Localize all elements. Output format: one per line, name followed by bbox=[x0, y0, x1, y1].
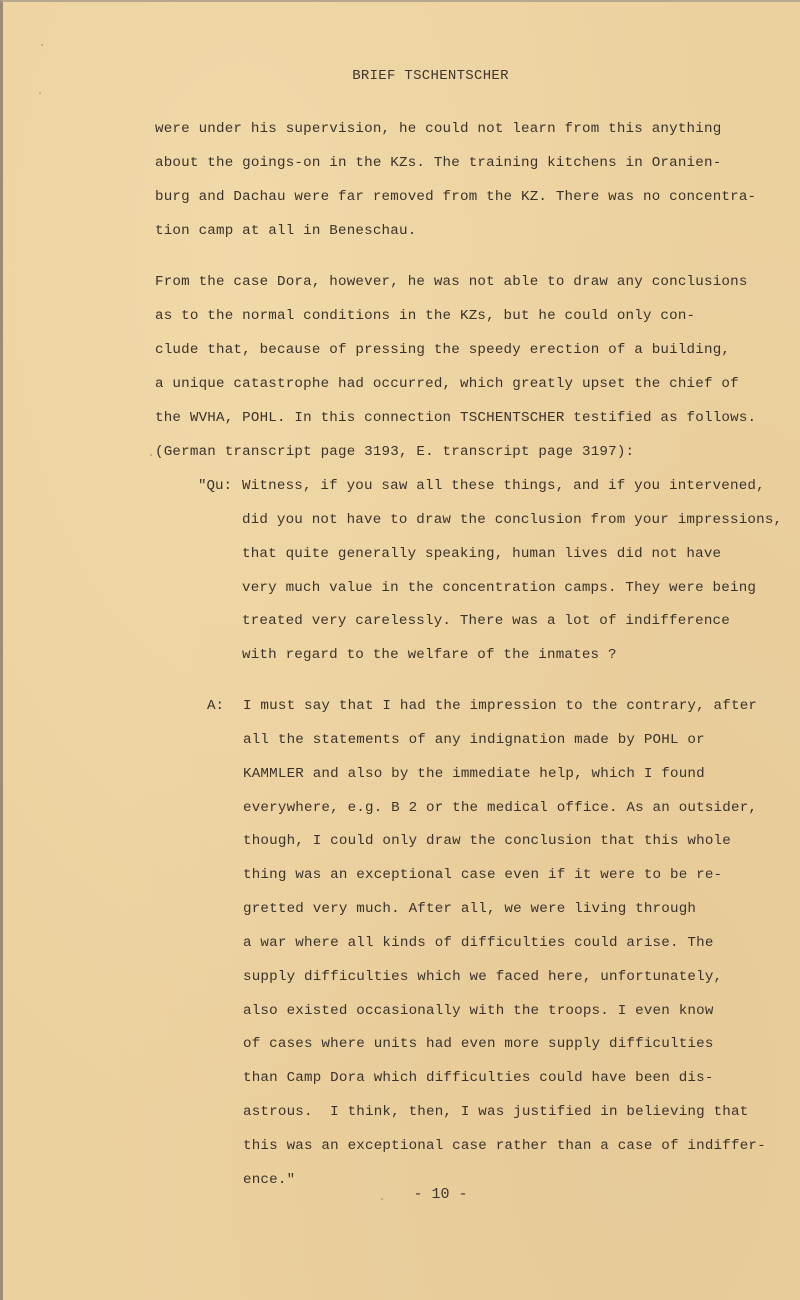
text-line: were under his supervision, he could not… bbox=[155, 120, 721, 138]
text-line: clude that, because of pressing the spee… bbox=[155, 341, 730, 359]
text-line: burg and Dachau were far removed from th… bbox=[155, 188, 756, 206]
text-line: also existed occasionally with the troop… bbox=[243, 1002, 714, 1020]
text-line: KAMMLER and also by the immediate help, … bbox=[243, 765, 705, 783]
text-line: though, I could only draw the conclusion… bbox=[243, 832, 731, 850]
text-line: tion camp at all in Beneschau. bbox=[155, 222, 416, 240]
document-header: BRIEF TSCHENTSCHER bbox=[3, 68, 800, 84]
text-line: as to the normal conditions in the KZs, … bbox=[155, 307, 695, 325]
text-line: thing was an exceptional case even if it… bbox=[243, 866, 722, 884]
text-line: everywhere, e.g. B 2 or the medical offi… bbox=[243, 799, 757, 817]
text-line: with regard to the welfare of the inmate… bbox=[242, 646, 617, 664]
paper-speck bbox=[39, 92, 41, 94]
text-line: gretted very much. After all, we were li… bbox=[243, 900, 696, 918]
text-line: that quite generally speaking, human liv… bbox=[242, 545, 721, 563]
text-line: of cases where units had even more suppl… bbox=[243, 1035, 714, 1053]
text-line: I must say that I had the impression to … bbox=[243, 697, 757, 715]
text-line: Witness, if you saw all these things, an… bbox=[242, 477, 765, 495]
text-line: a war where all kinds of difficulties co… bbox=[243, 934, 714, 952]
text-line: astrous. I think, then, I was justified … bbox=[243, 1103, 748, 1121]
text-line: than Camp Dora which difficulties could … bbox=[243, 1069, 714, 1087]
text-line: treated very carelessly. There was a lot… bbox=[242, 612, 730, 630]
text-line: all the statements of any indignation ma… bbox=[243, 731, 705, 749]
text-line: this was an exceptional case rather than… bbox=[243, 1137, 766, 1155]
text-line: about the goings-on in the KZs. The trai… bbox=[155, 154, 721, 172]
text-line: (German transcript page 3193, E. transcr… bbox=[155, 443, 634, 461]
text-line: did you not have to draw the conclusion … bbox=[242, 511, 782, 529]
question-label: "Qu: bbox=[198, 477, 232, 495]
text-line: supply difficulties which we faced here,… bbox=[243, 968, 722, 986]
document-page: BRIEF TSCHENTSCHER were under his superv… bbox=[0, 0, 800, 1300]
paper-speck bbox=[41, 44, 43, 46]
text-line: a unique catastrophe had occurred, which… bbox=[155, 375, 739, 393]
answer-label: A: bbox=[207, 697, 224, 715]
paper-speck bbox=[150, 454, 152, 456]
text-line: the WVHA, POHL. In this connection TSCHE… bbox=[155, 409, 756, 427]
page-number: - 10 - bbox=[3, 1186, 800, 1203]
text-line: From the case Dora, however, he was not … bbox=[155, 273, 748, 291]
text-line: very much value in the concentration cam… bbox=[242, 579, 756, 597]
